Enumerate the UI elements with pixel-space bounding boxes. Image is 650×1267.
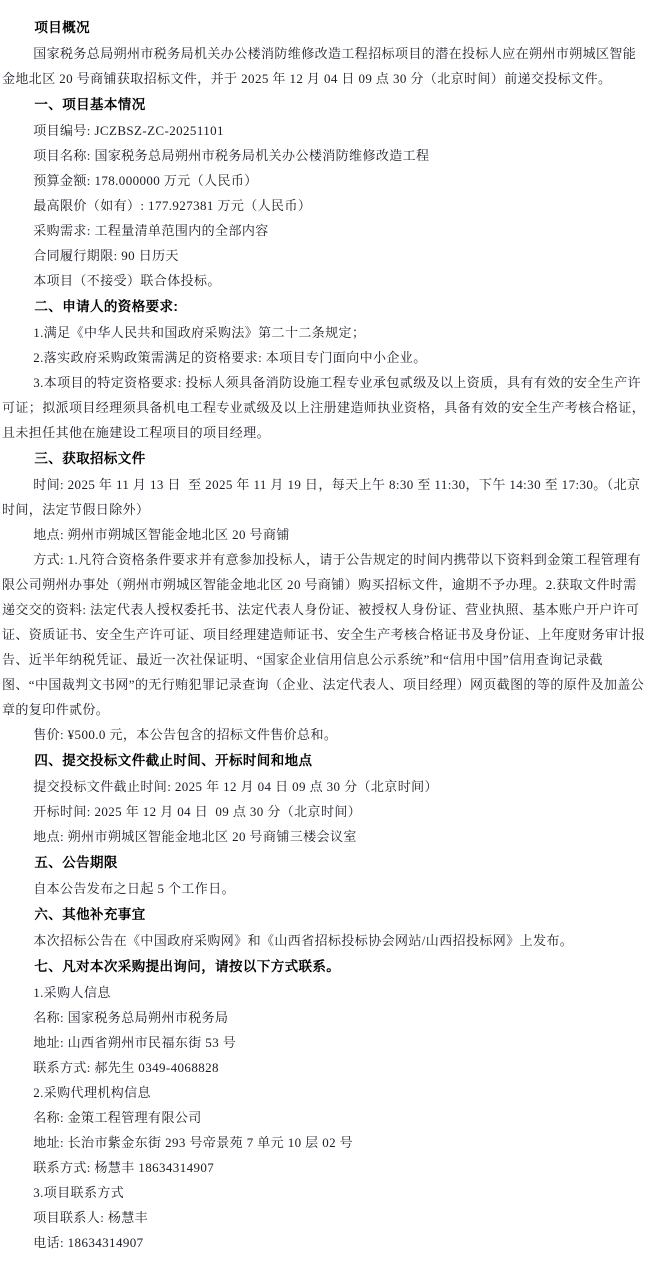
section-3-heading: 三、获取招标文件 xyxy=(2,446,646,471)
section-5-heading: 五、公告期限 xyxy=(2,850,646,875)
section-6-heading: 六、其他补充事宜 xyxy=(2,902,646,927)
project-overview-heading: 项目概况 xyxy=(2,15,646,40)
project-number: 项目编号: JCZBSZ-ZC-20251101 xyxy=(2,118,646,143)
project-name: 项目名称: 国家税务总局朔州市税务局机关办公楼消防维修改造工程 xyxy=(2,143,646,168)
tender-announcement-document: 项目概况 国家税务总局朔州市税务局机关办公楼消防维修改造工程招标项目的潜在投标人… xyxy=(0,0,650,1267)
project-contact-label: 3.项目联系方式 xyxy=(2,1180,646,1205)
qualification-item-3: 3.本项目的特定资格要求: 投标人须具备消防设施工程专业承包贰级及以上资质，具有… xyxy=(2,370,646,445)
section-1-heading: 一、项目基本情况 xyxy=(2,92,646,117)
qualification-item-1: 1.满足《中华人民共和国政府采购法》第二十二条规定； xyxy=(2,320,646,345)
agency-address: 地址: 长治市紫金东街 293 号帝景苑 7 单元 10 层 02 号 xyxy=(2,1130,646,1155)
bid-opening-time: 开标时间: 2025 年 12 月 04 日 09 点 30 分（北京时间） xyxy=(2,799,646,824)
bid-opening-place: 地点: 朔州市朔城区智能金地北区 20 号商铺三楼会议室 xyxy=(2,824,646,849)
purchaser-address: 地址: 山西省朔州市民福东街 53 号 xyxy=(2,1030,646,1055)
qualification-item-2: 2.落实政府采购政策需满足的资格要求: 本项目专门面向中小企业。 xyxy=(2,345,646,370)
section-4-heading: 四、提交投标文件截止时间、开标时间和地点 xyxy=(2,748,646,773)
document-obtain-place: 地点: 朔州市朔城区智能金地北区 20 号商铺 xyxy=(2,522,646,547)
project-contact-person: 项目联系人: 杨慧丰 xyxy=(2,1205,646,1230)
purchaser-name: 名称: 国家税务总局朔州市税务局 xyxy=(2,1005,646,1030)
bid-submission-deadline: 提交投标文件截止时间: 2025 年 12 月 04 日 09 点 30 分（北… xyxy=(2,774,646,799)
document-obtain-method: 方式: 1.凡符合资格条件要求并有意参加投标人，请于公告规定的时间内携带以下资料… xyxy=(2,547,646,722)
agency-contact: 联系方式: 杨慧丰 18634314907 xyxy=(2,1155,646,1180)
document-price: 售价: ¥500.0 元，本公告包含的招标文件售价总和。 xyxy=(2,722,646,747)
agency-name: 名称: 金策工程管理有限公司 xyxy=(2,1105,646,1130)
project-overview-intro: 国家税务总局朔州市税务局机关办公楼消防维修改造工程招标项目的潜在投标人应在朔州市… xyxy=(2,41,646,91)
project-contact-phone: 电话: 18634314907 xyxy=(2,1230,646,1255)
contract-period: 合同履行期限: 90 日历天 xyxy=(2,243,646,268)
max-price-limit: 最高限价（如有）: 177.927381 万元（人民币） xyxy=(2,193,646,218)
purchaser-contact: 联系方式: 郝先生 0349-4068828 xyxy=(2,1055,646,1080)
agency-info-label: 2.采购代理机构信息 xyxy=(2,1080,646,1105)
budget-amount: 预算金额: 178.000000 万元（人民币） xyxy=(2,168,646,193)
announcement-period: 自本公告发布之日起 5 个工作日。 xyxy=(2,876,646,901)
publication-websites: 本次招标公告在《中国政府采购网》和《山西省招标投标协会网站/山西招投标网》上发布… xyxy=(2,928,646,953)
section-7-heading: 七、凡对本次采购提出询问，请按以下方式联系。 xyxy=(2,954,646,979)
consortium-bid-note: 本项目（不接受）联合体投标。 xyxy=(2,268,646,293)
purchaser-info-label: 1.采购人信息 xyxy=(2,980,646,1005)
procurement-requirement: 采购需求: 工程量清单范围内的全部内容 xyxy=(2,218,646,243)
section-2-heading: 二、申请人的资格要求: xyxy=(2,294,646,319)
document-obtain-time: 时间: 2025 年 11 月 13 日 至 2025 年 11 月 19 日，… xyxy=(2,472,646,522)
